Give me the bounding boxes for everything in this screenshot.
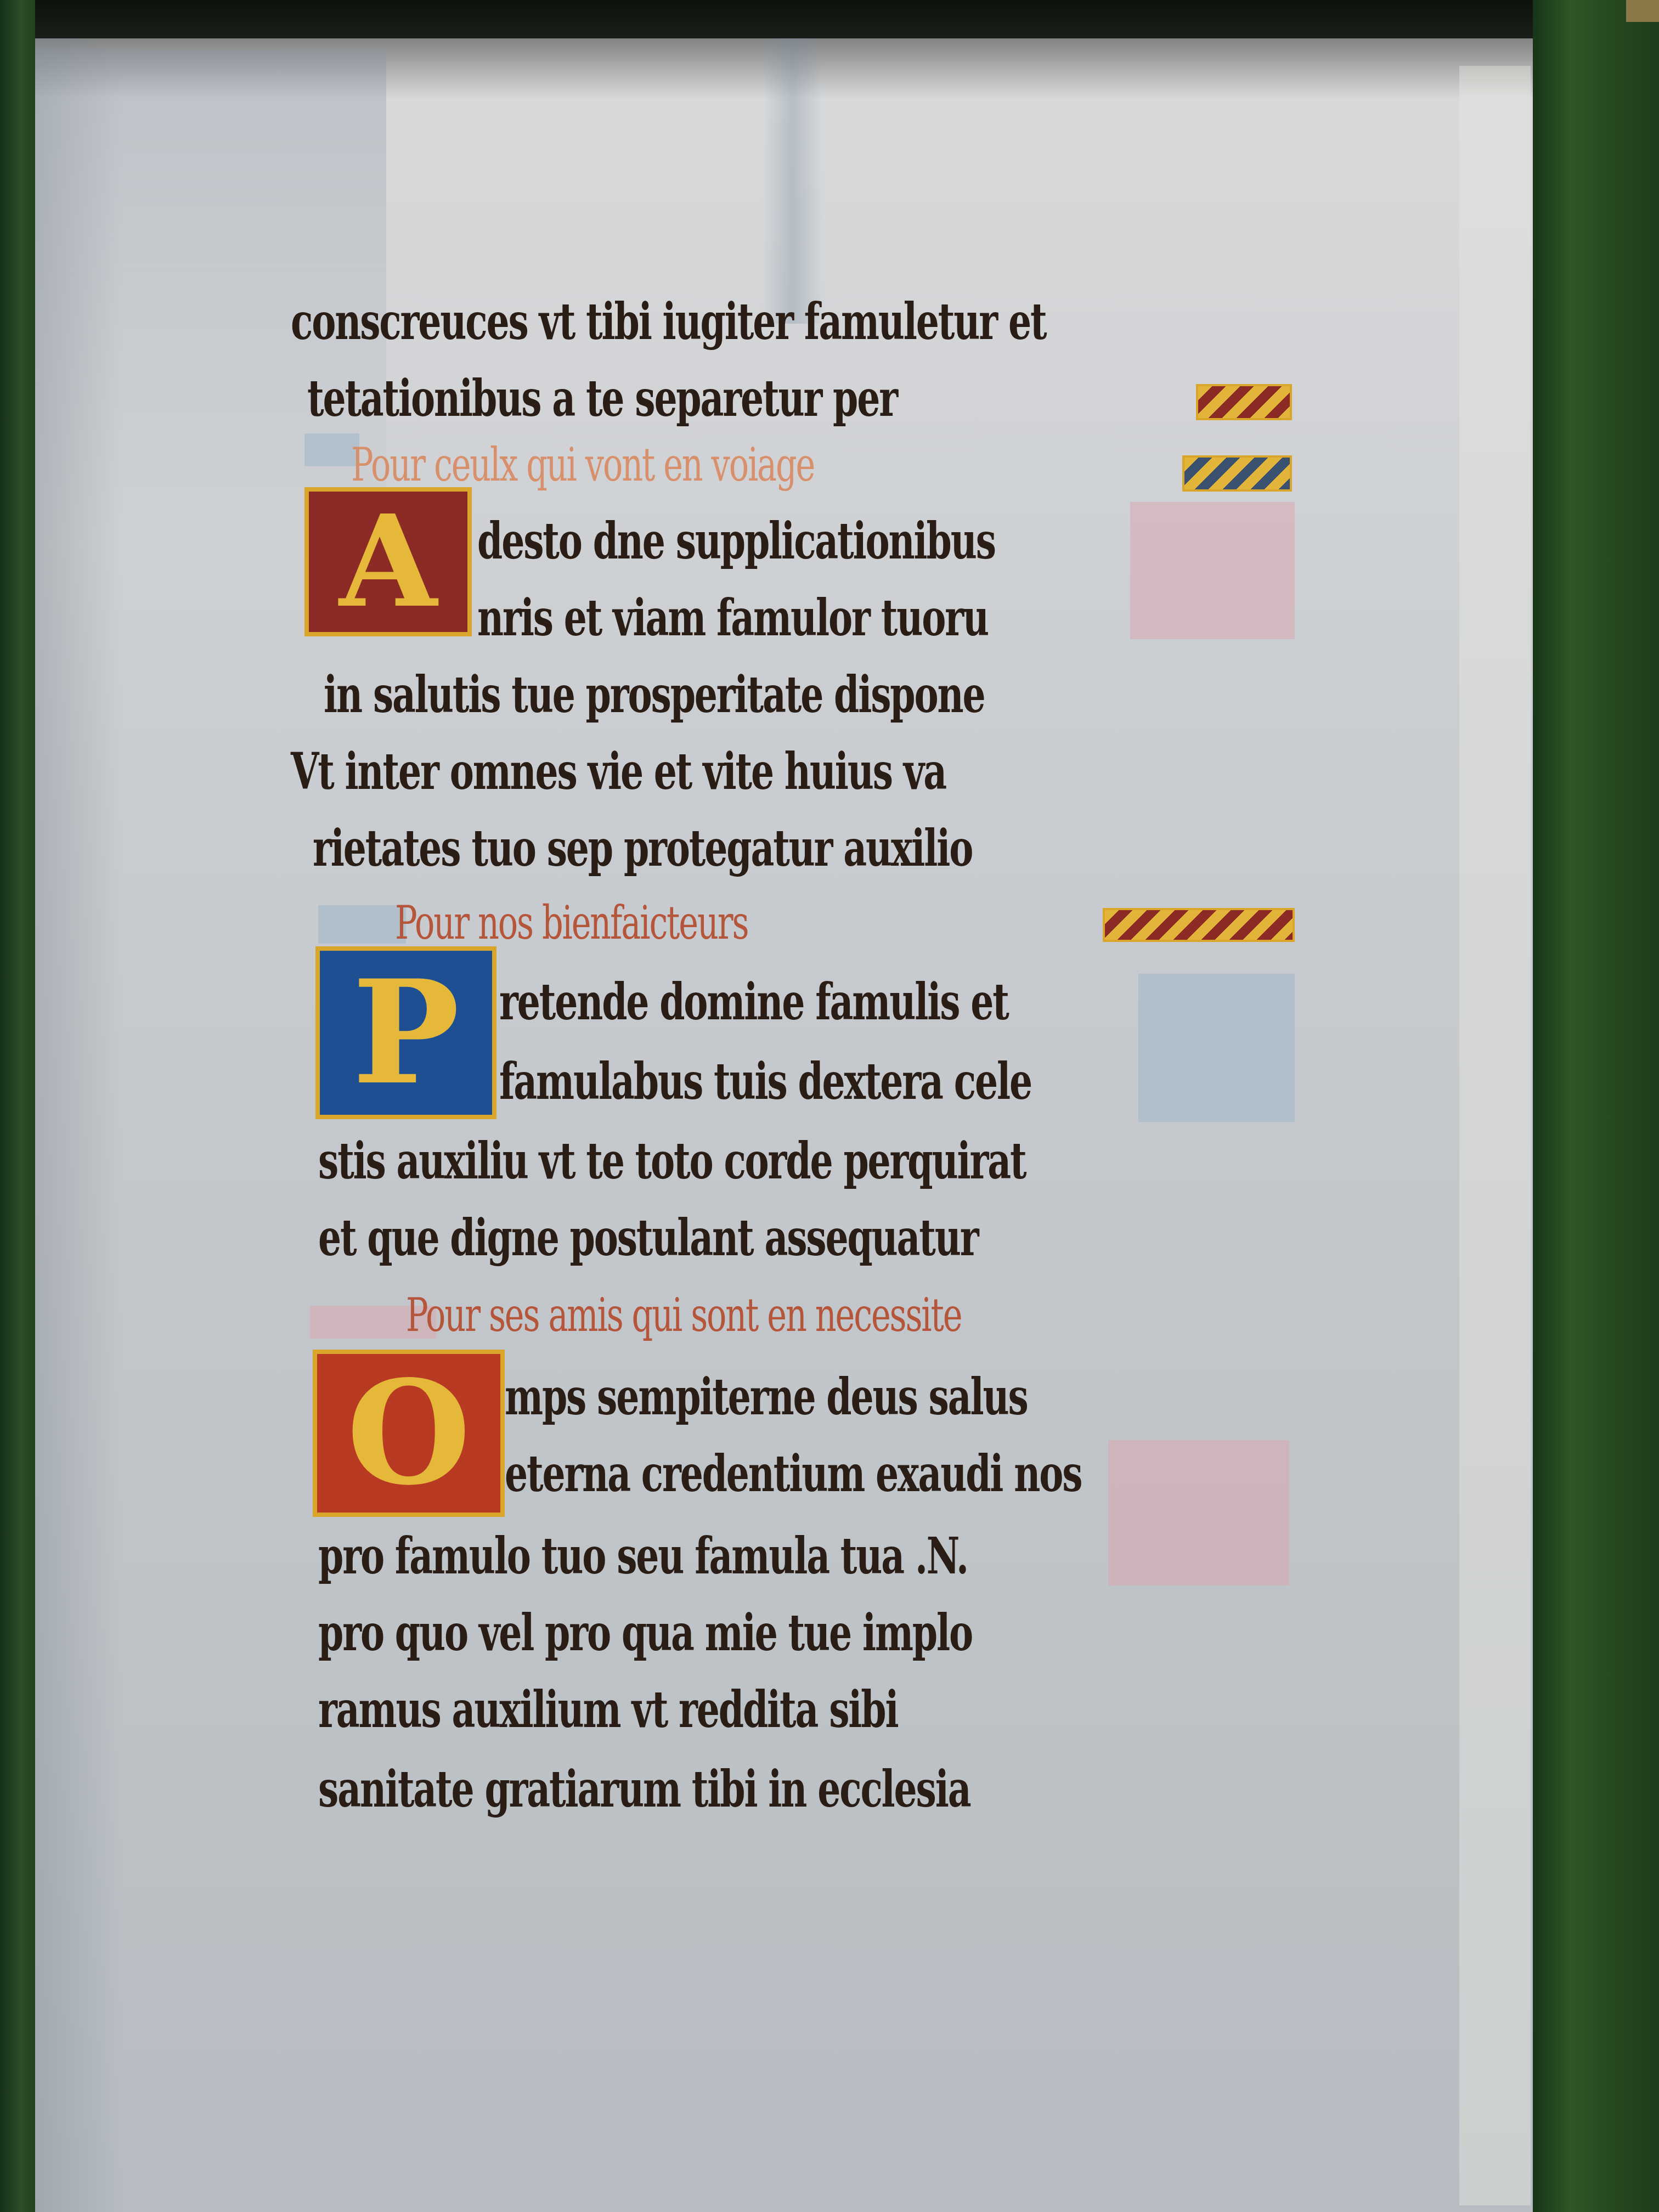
text-line: tetationibus a te separetur per — [307, 373, 897, 424]
text-line: in salutis tue prosperitate dispone — [324, 669, 985, 720]
text-line: stis auxiliu vt te toto corde perquirat — [318, 1136, 1025, 1186]
text-line: rietates tuo sep protegatur auxilio — [313, 823, 972, 873]
text-line: et que digne postulant assequatur — [318, 1212, 978, 1263]
text-line: sanitate gratiarum tibi in ecclesia — [318, 1764, 970, 1814]
text-line: desto dne supplicationibus — [477, 516, 995, 566]
rubric-line: Pour ses amis qui sont en necessite — [406, 1292, 961, 1338]
rubric-line: Pour nos bienfaicteurs — [395, 900, 748, 946]
manuscript-text: conscreuces vt tibi iugiter famuletur et… — [0, 0, 1659, 2212]
text-line: nris et viam famulor tuoru — [477, 592, 988, 643]
text-line: Vt inter omnes vie et vite huius va — [291, 746, 946, 797]
text-line: ramus auxilium vt reddita sibi — [318, 1684, 898, 1735]
text-line: eterna credentium exaudi nos — [505, 1448, 1081, 1499]
text-line: retende domine famulis et — [499, 977, 1008, 1027]
text-line: pro quo vel pro qua mie tue implo — [318, 1607, 972, 1658]
text-line: mps sempiterne deus salus — [505, 1372, 1028, 1422]
text-line: famulabus tuis dextera cele — [499, 1056, 1031, 1107]
text-line: conscreuces vt tibi iugiter famuletur et — [291, 296, 1046, 347]
rubric-line: Pour ceulx qui vont en voiage — [351, 442, 814, 488]
text-line: pro famulo tuo seu famula tua .N. — [318, 1531, 968, 1581]
